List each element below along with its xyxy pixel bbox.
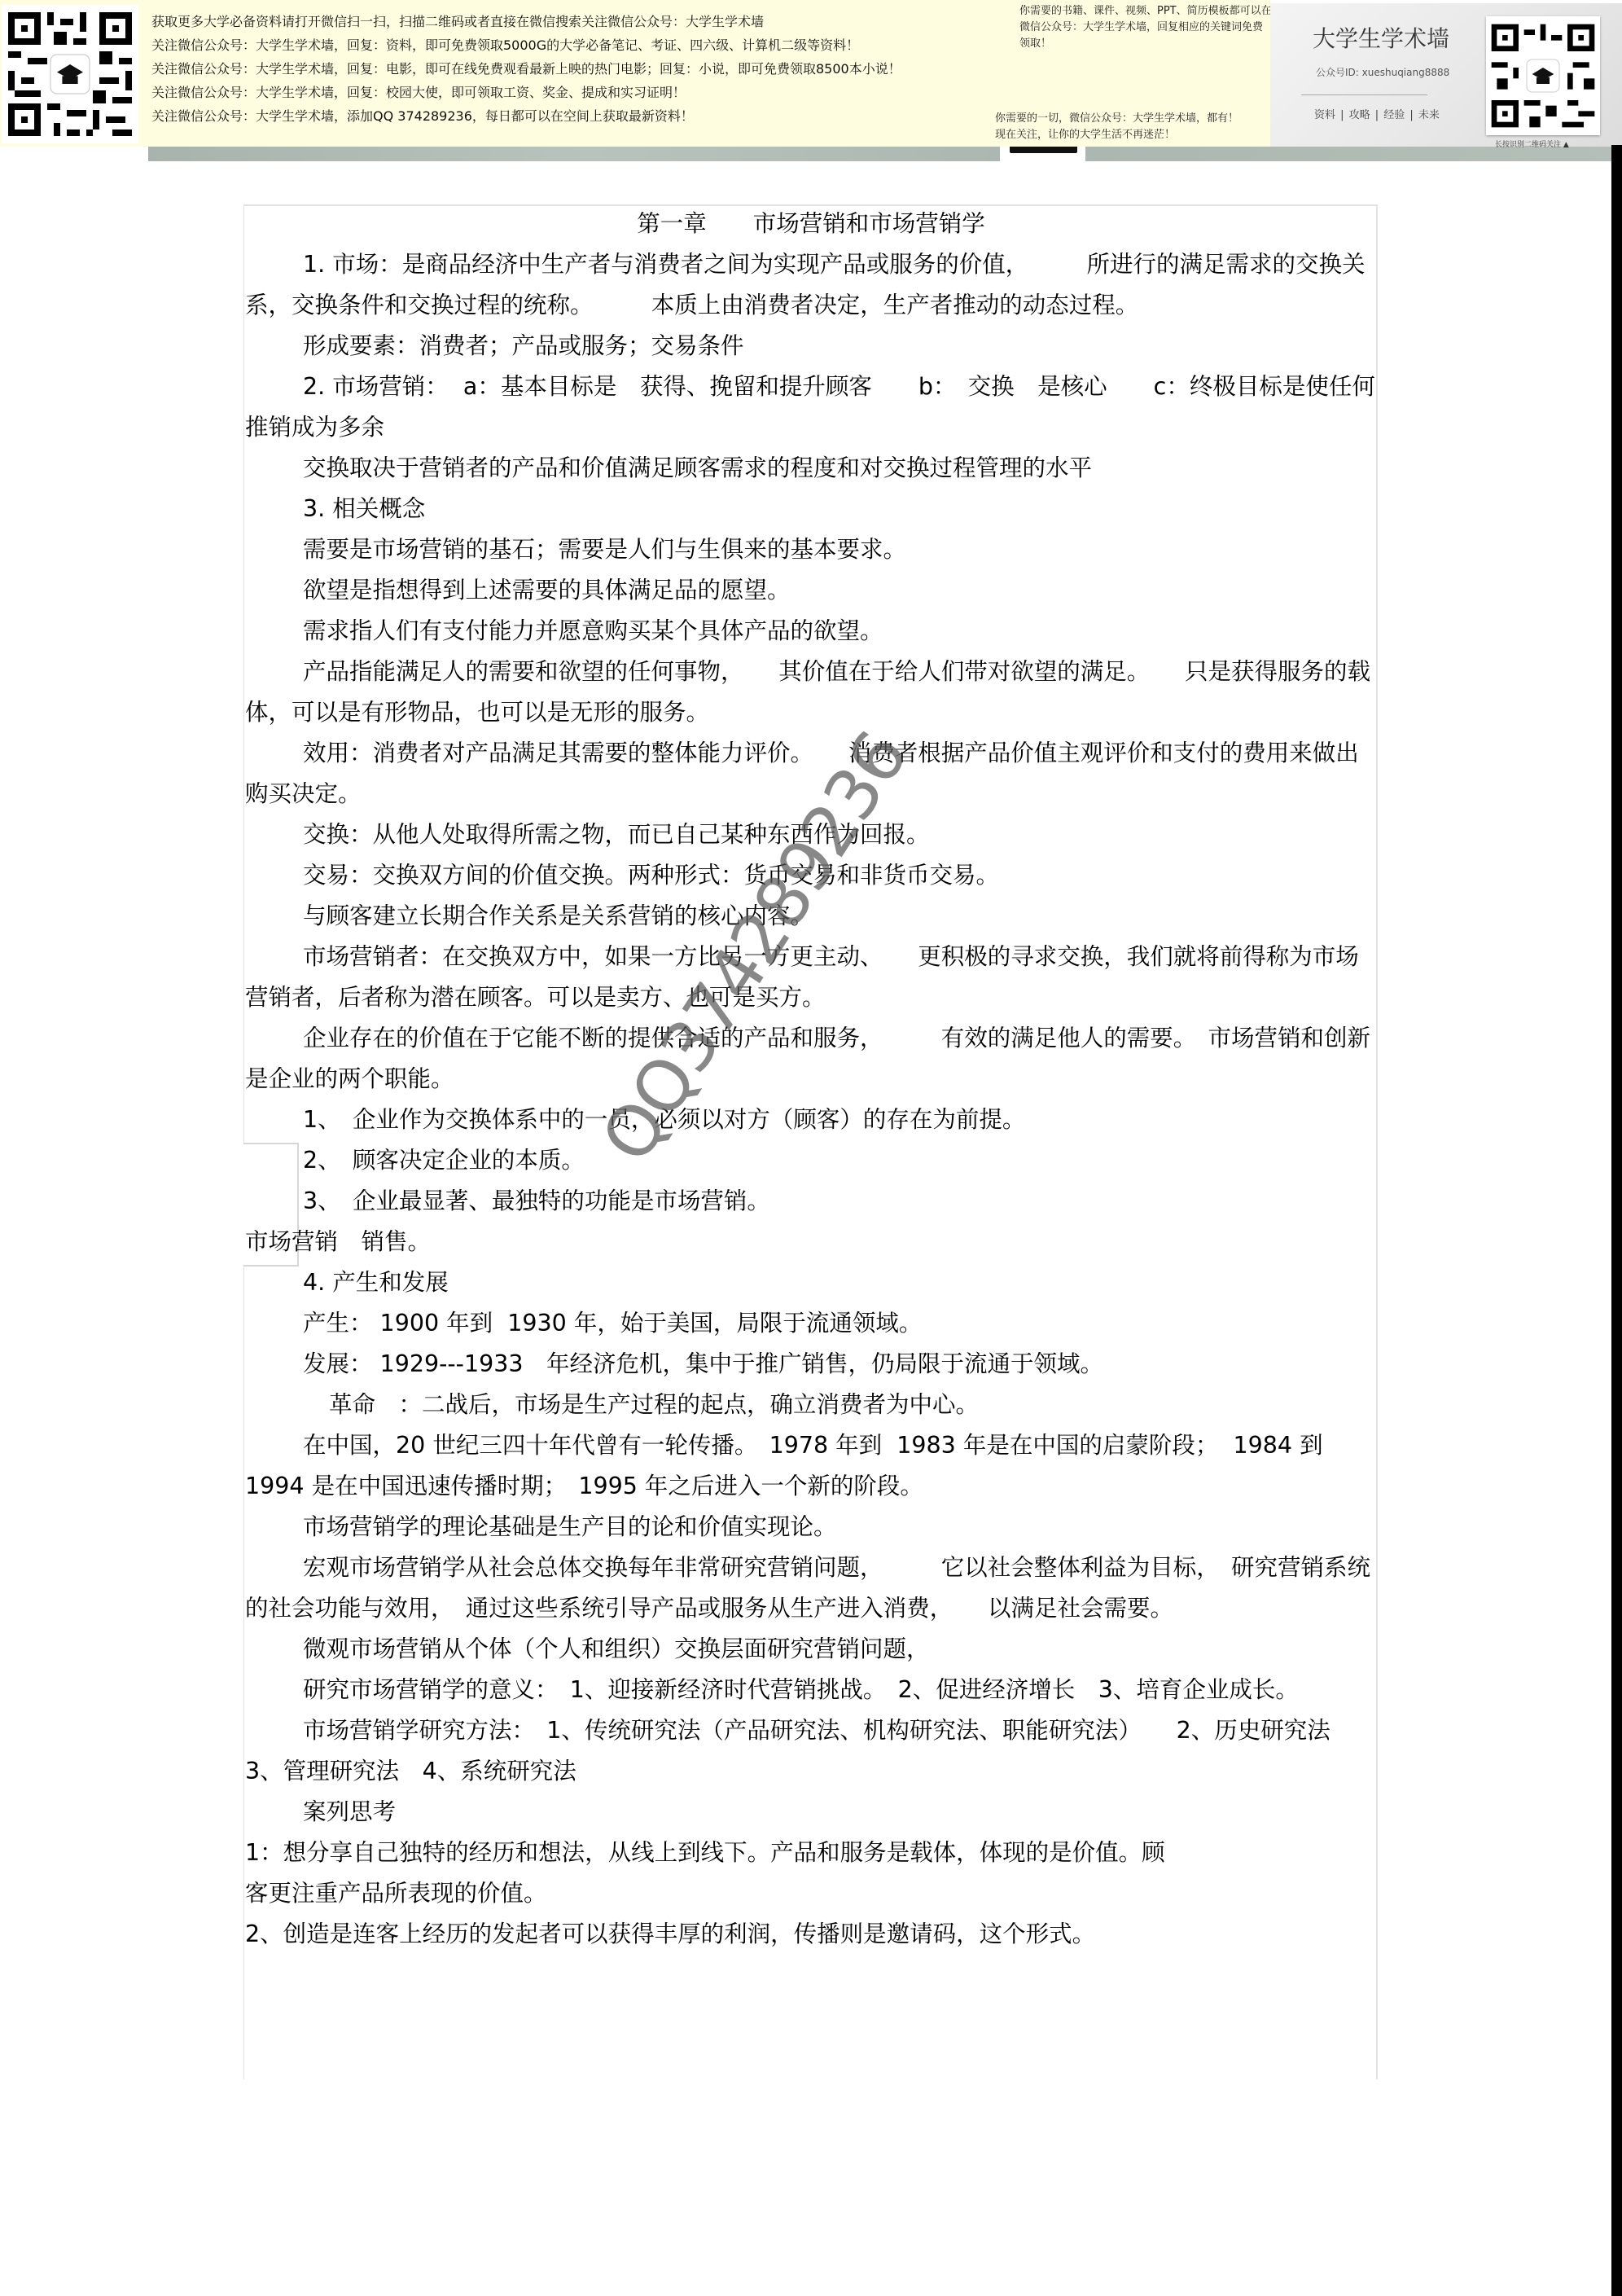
paragraph: 市场营销学研究方法： 1、传统研究法（产品研究法、机构研究法、职能研究法） 2、… (245, 1710, 1377, 1792)
section-heading: 4. 产生和发展 (245, 1262, 1377, 1303)
paragraph: 宏观市场营销学从社会总体交换每年非常研究营销问题， 它以社会整体利益为目标， 研… (245, 1547, 1377, 1629)
paragraph: 效用：消费者对产品满足其需要的整体能力评价。 消费者根据产品价值主观评价和支付的… (245, 733, 1377, 814)
brand-account-id: 公众号ID: xueshuqiang8888 (1316, 65, 1449, 79)
paragraph: 产品指能满足人的需要和欲望的任何事物， 其价值在于给人们带对欲望的满足。 只是获… (245, 652, 1377, 733)
qr-code-left[interactable] (2, 5, 138, 143)
promo-banner: 获取更多大学必备资料请打开微信扫一扫，扫描二维码或者直接在微信搜索关注微信公众号… (0, 0, 1622, 163)
banner-promo-lines: 获取更多大学必备资料请打开微信扫一扫，扫描二维码或者直接在微信搜索关注微信公众号… (151, 10, 1015, 128)
qr-code-icon (1486, 16, 1600, 135)
paragraph: 需求指人们有支付能力并愿意购买某个具体产品的欲望。 (245, 611, 1377, 652)
banner-side-note-bottom: 你需要的一切，微信公众号：大学生学术墙，都有！ 现在关注，让你的大学生活不再迷茫… (995, 111, 1272, 143)
paragraph: 市场营销学的理论基础是生产目的论和价值实现论。 (245, 1507, 1377, 1547)
paragraph: 需要是市场营销的基石；需要是人们与生俱来的基本要求。 (245, 529, 1377, 570)
paragraph: 产生： 1900 年到 1930 年，始于美国，局限于流通领域。 (245, 1303, 1377, 1344)
qr-code-right[interactable] (1486, 16, 1600, 135)
paragraph: 2. 市场营销： a：基本目标是 获得、挽留和提升顾客 b： 交换 是核心 c：… (245, 367, 1377, 448)
section-heading: 3. 相关概念 (245, 489, 1377, 529)
paragraph: 交换：从他人处取得所需之物，而已自己某种东西作为回报。 (245, 814, 1377, 855)
paragraph: 2、创造是连客上经历的发起者可以获得丰厚的利润，传播则是邀请码，这个形式。 (245, 1914, 1377, 1955)
list-item: 1、 企业作为交换体系中的一员，必须以对方（顾客）的存在为前提。 (245, 1100, 1377, 1140)
banner-line: 获取更多大学必备资料请打开微信扫一扫，扫描二维码或者直接在微信搜索关注微信公众号… (151, 10, 1015, 33)
paragraph: 欲望是指想得到上述需要的具体满足品的愿望。 (245, 570, 1377, 611)
chapter-title: 第一章 市场营销和市场营销学 (245, 205, 1377, 244)
banner-side-line: 你需要的一切，微信公众号：大学生学术墙，都有！ (995, 111, 1272, 127)
paragraph: 形成要素：消费者；产品或服务；交易条件 (245, 326, 1377, 367)
divider (1301, 94, 1427, 95)
list-item: 2、 顾客决定企业的本质。 (245, 1140, 1377, 1181)
banner-line: 关注微信公众号：大学生学术墙，添加QQ 374289236，每日都可以在空间上获… (151, 104, 1015, 128)
paragraph: 发展： 1929---1933 年经济危机，集中于推广销售，仍局限于流通于领域。 (245, 1344, 1377, 1385)
document-body: 第一章 市场营销和市场营销学 1. 市场：是商品经济中生产者与消费者之间为实现产… (245, 205, 1377, 1955)
list-item: 3、 企业最显著、最独特的功能是市场营销。 (245, 1181, 1377, 1222)
qr-code-icon (2, 5, 138, 143)
banner-line: 关注微信公众号：大学生学术墙，回复：校园大使，即可领取工资、奖金、提成和实习证明… (151, 81, 1015, 104)
paragraph: 市场营销 销售。 (245, 1222, 1377, 1262)
right-edge-bar (1611, 145, 1622, 2296)
paragraph: 1. 市场：是商品经济中生产者与消费者之间为实现产品或服务的价值， 所进行的满足… (245, 244, 1377, 326)
banner-side-line: 现在关注，让你的大学生活不再迷茫！ (995, 127, 1272, 143)
banner-line: 关注微信公众号：大学生学术墙，回复：电影，即可在线免费观看最新上映的热门电影；回… (151, 57, 1015, 81)
paragraph: 交换取决于营销者的产品和价值满足顾客需求的程度和对交换过程管理的水平 (245, 448, 1377, 489)
paragraph: 市场营销者：在交换双方中，如果一方比另一方更主动、 更积极的寻求交换，我们就将前… (245, 937, 1377, 1018)
paragraph: 1：想分享自己独特的经历和想法，从线上到线下。产品和服务是载体，体现的是价值。顾… (245, 1833, 1377, 1914)
brand-card[interactable]: 大学生学术墙 公众号ID: xueshuqiang8888 资料 | 攻略 | … (1270, 3, 1622, 147)
paragraph: 研究市场营销学的意义： 1、迎接新经济时代营销挑战。 2、促进经济增长 3、培育… (245, 1670, 1377, 1710)
paragraph: 在中国，20 世纪三四十年代曾有一轮传播。 1978 年到 1983 年是在中国… (245, 1425, 1377, 1507)
paragraph: 企业存在的价值在于它能不断的提供合适的产品和服务， 有效的满足他人的需要。 市场… (245, 1018, 1377, 1100)
paragraph: 交易：交换双方间的价值交换。两种形式：货币交易和非货币交易。 (245, 855, 1377, 896)
paragraph: 微观市场营销从个体（个人和组织）交换层面研究营销问题， (245, 1629, 1377, 1670)
section-heading: 案列思考 (245, 1792, 1377, 1833)
brand-name: 大学生学术墙 (1313, 21, 1449, 54)
paragraph: 革命 ：二战后，市场是生产过程的起点，确立消费者为中心。 (245, 1385, 1377, 1425)
brand-links: 资料 | 攻略 | 经验 | 未来 (1314, 106, 1440, 121)
paragraph: 与顾客建立长期合作关系是关系营销的核心内容。 (245, 896, 1377, 937)
qr-hint: 长按识别二维码关注 ▲ (1495, 138, 1569, 149)
banner-main: 获取更多大学必备资料请打开微信扫一扫，扫描二维码或者直接在微信搜索关注微信公众号… (0, 0, 1270, 147)
banner-side-note: 你需要的书籍、课件、视频、PPT、简历模板都可以在微信公众号：大学生学术墙，回复… (1019, 3, 1272, 52)
banner-line: 关注微信公众号：大学生学术墙，回复：资料，即可免费领取5000G的大学必备笔记、… (151, 33, 1015, 57)
